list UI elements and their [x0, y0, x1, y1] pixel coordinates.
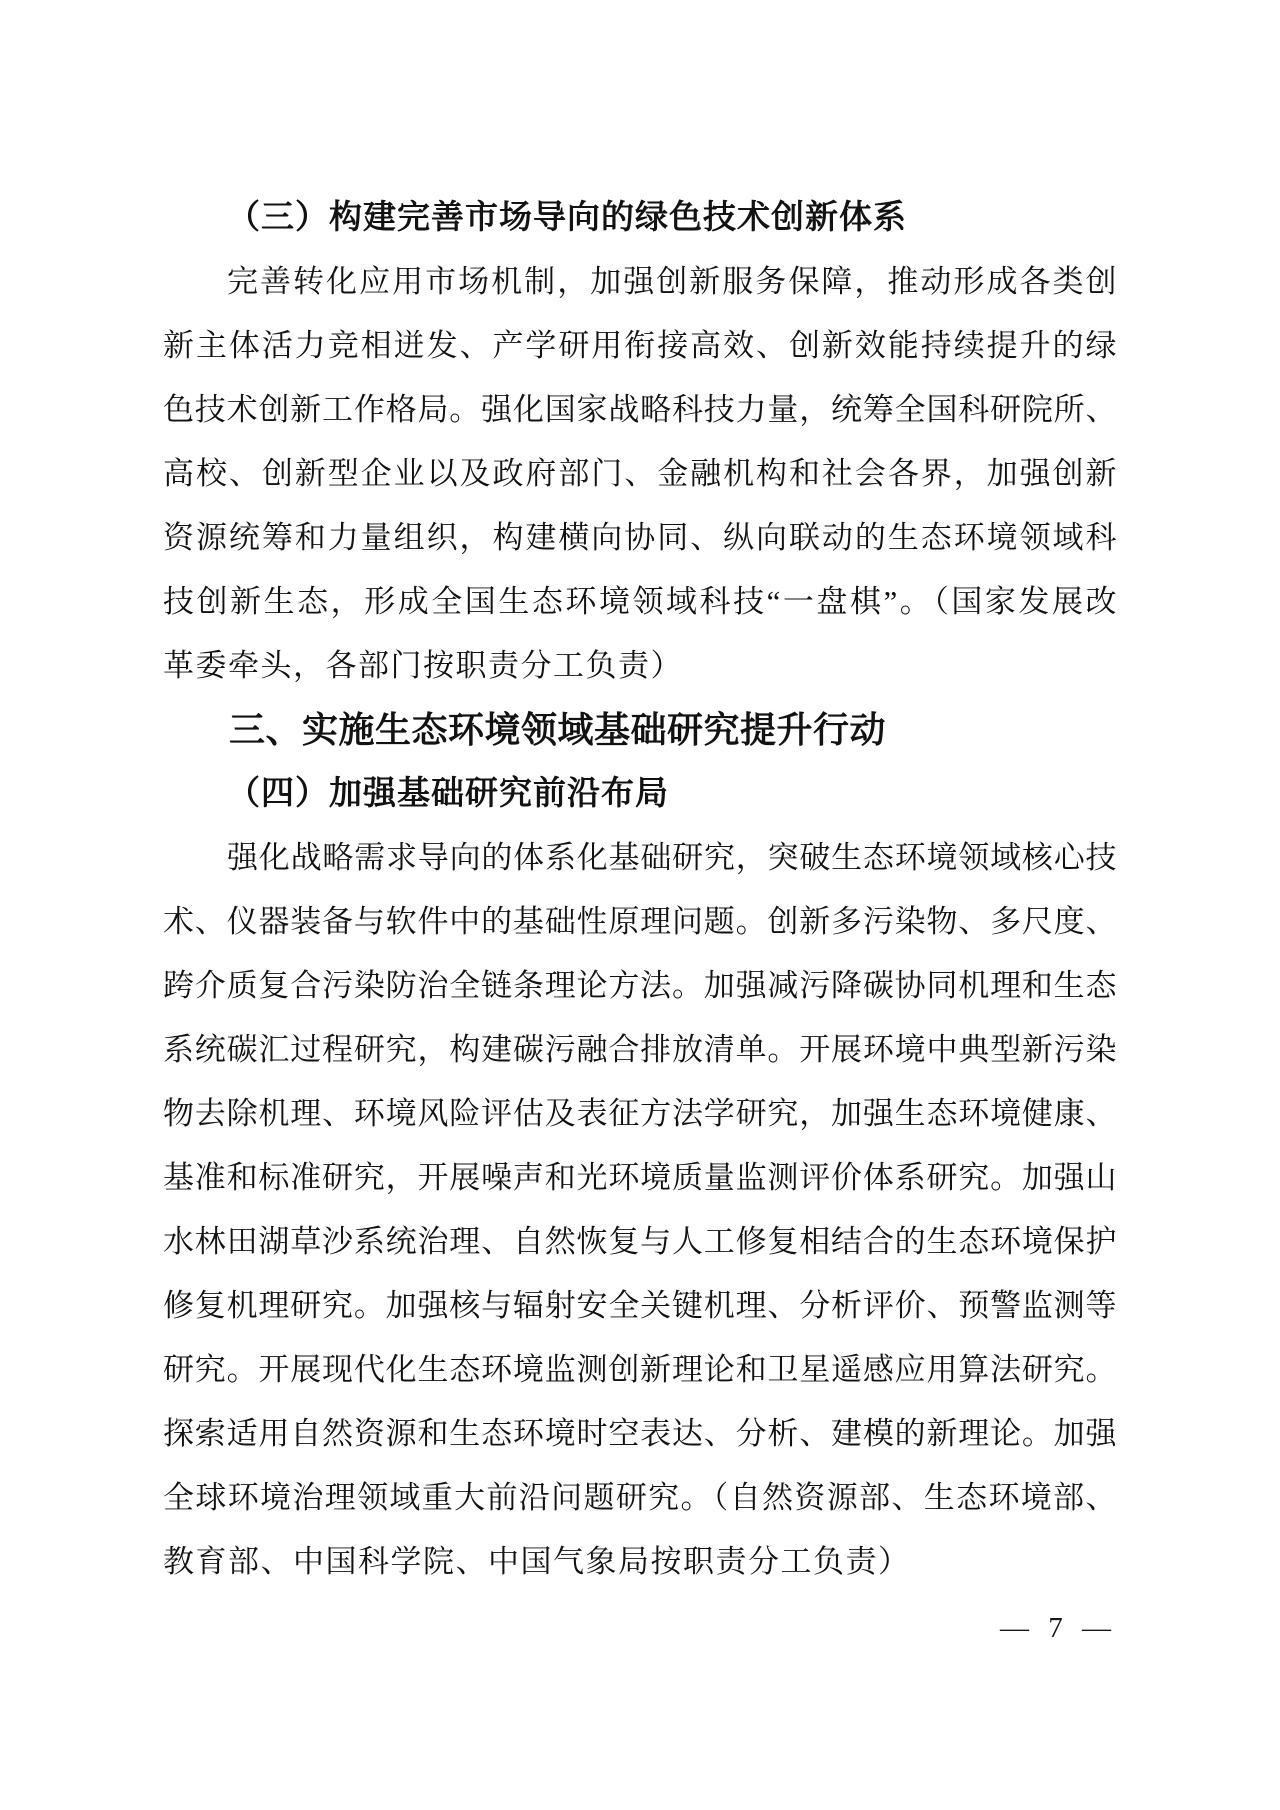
document-page: （三）构建完善市场导向的绿色技术创新体系完善转化应用市场机制，加强创新服务保障，…: [0, 0, 1280, 1810]
document-body: （三）构建完善市场导向的绿色技术创新体系完善转化应用市场机制，加强创新服务保障，…: [163, 186, 1117, 1594]
text-line: 教育部、中国科学院、中国气象局按职责分工负责）: [163, 1530, 1117, 1594]
text-line: 系统碳汇过程研究，构建碳污融合排放清单。开展环境中典型新污染: [163, 1018, 1117, 1082]
text-line: 完善转化应用市场机制，加强创新服务保障，推动形成各类创: [163, 250, 1117, 314]
text-line: 跨介质复合污染防治全链条理论方法。加强减污降碳协同机理和生态: [163, 954, 1117, 1018]
text-line: 革委牵头，各部门按职责分工负责）: [163, 634, 1117, 698]
text-line: 研究。开展现代化生态环境监测创新理论和卫星遥感应用算法研究。: [163, 1338, 1117, 1402]
page-number: — 7 —: [1000, 1608, 1117, 1648]
text-line: 修复机理研究。加强核与辐射安全关键机理、分析评价、预警监测等: [163, 1274, 1117, 1338]
paragraph-1: 完善转化应用市场机制，加强创新服务保障，推动形成各类创新主体活力竞相迸发、产学研…: [163, 250, 1117, 698]
text-line: 色技术创新工作格局。强化国家战略科技力量，统筹全国科研院所、: [163, 378, 1117, 442]
text-line: 水林田湖草沙系统治理、自然恢复与人工修复相结合的生态环境保护: [163, 1210, 1117, 1274]
paragraph-2: 强化战略需求导向的体系化基础研究，突破生态环境领域核心技术、仪器装备与软件中的基…: [163, 826, 1117, 1594]
text-line: 探索适用自然资源和生态环境时空表达、分析、建模的新理论。加强: [163, 1402, 1117, 1466]
text-line: 物去除机理、环境风险评估及表征方法学研究，加强生态环境健康、: [163, 1082, 1117, 1146]
text-line: 基准和标准研究，开展噪声和光环境质量监测评价体系研究。加强山: [163, 1146, 1117, 1210]
text-line: 高校、创新型企业以及政府部门、金融机构和社会各界，加强创新: [163, 442, 1117, 506]
chapter-heading-3: 三、实施生态环境领域基础研究提升行动: [163, 698, 1117, 762]
section-heading-4: （四）加强基础研究前沿布局: [163, 762, 1117, 826]
text-line: 强化战略需求导向的体系化基础研究，突破生态环境领域核心技: [163, 826, 1117, 890]
text-line: 全球环境治理领域重大前沿问题研究。（自然资源部、生态环境部、: [163, 1466, 1117, 1530]
text-line: 术、仪器装备与软件中的基础性原理问题。创新多污染物、多尺度、: [163, 890, 1117, 954]
section-heading-3: （三）构建完善市场导向的绿色技术创新体系: [163, 186, 1117, 250]
text-line: 资源统筹和力量组织，构建横向协同、纵向联动的生态环境领域科: [163, 506, 1117, 570]
text-line: 技创新生态，形成全国生态环境领域科技“一盘棋”。（国家发展改: [163, 570, 1117, 634]
text-line: 新主体活力竞相迸发、产学研用衔接高效、创新效能持续提升的绿: [163, 314, 1117, 378]
